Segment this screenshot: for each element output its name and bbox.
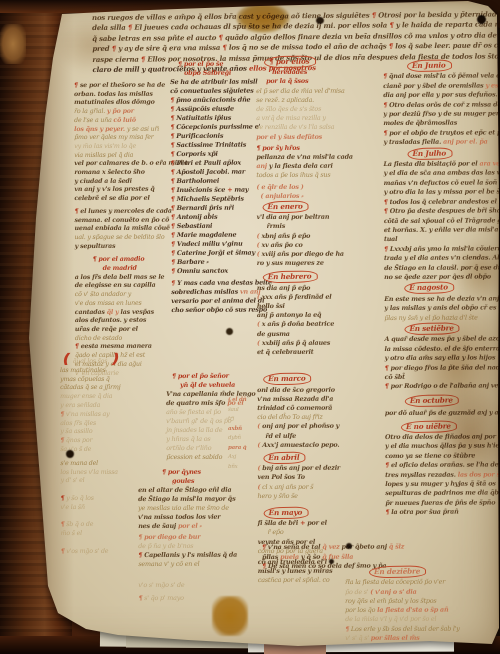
text-segment: s̃b q̃ o de — [64, 521, 93, 528]
text-segment: anj p̃ antonyo la eq̃ — [257, 311, 321, 319]
text-line: ¶ p̃mo anũciacionis dñe — [170, 95, 266, 105]
text-segment: xviij añs por diego de ha — [260, 250, 344, 258]
text-segment: m̃o s̃ el — [61, 529, 82, 536]
text-line: en el altar de S̃tiago eñl dia — [138, 486, 250, 495]
text-line: de elegisse en su capilla — [75, 282, 173, 291]
text-segment: y p̃o por — [107, 108, 134, 115]
text-segment: El jueues cada ochauas dl sp̃u s̃to se h… — [132, 21, 389, 32]
text-segment: Lxxxbj añs ymo la misl'la cõuiernal cõ — [388, 244, 500, 253]
text-segment: r̃rmis — [267, 222, 286, 230]
text-line: cõtã de sai xp̃oual cõ el Trãgrade g̃sta — [384, 216, 498, 226]
text-line: ¶ Marie magdalene — [171, 230, 267, 240]
text-segment: cõ s̃bt̃ — [385, 373, 405, 381]
text-segment: nos ruegos de villas e am̃po q̃ ellos br… — [92, 11, 372, 22]
text-line: sobredichas misllas vn anj — [171, 287, 267, 297]
text-line: ( xviij añs por diego de ha — [257, 250, 381, 260]
text-segment: En hebrero — [268, 272, 312, 282]
text-line: ( anjularios ⸗ — [256, 191, 380, 201]
text-line: ¶ Michaelis Septẽbris — [171, 194, 267, 204]
text-segment: cõ luiõ — [113, 117, 135, 124]
rubric-oval-frame: En octubre — [405, 394, 459, 407]
text-segment: Se ha de atribuir las misll — [170, 78, 257, 86]
text-segment: anj — [256, 162, 269, 170]
text-segment: may — [232, 186, 248, 194]
text-line: orban. todas las misllas — [74, 90, 172, 99]
text-segment: ns dia anj p̃ ep̃o — [257, 283, 310, 291]
text-segment: q̃ual los s̃os — [71, 358, 109, 365]
text-line: vn anj y v's los prestes q̃ — [74, 186, 172, 195]
text-segment: orban. todas las misllas — [74, 90, 153, 97]
text-segment: ro y sus mugeres ze — [257, 259, 324, 267]
text-line: heredades — [256, 68, 380, 78]
text-segment: jn jnsades la lla de — [166, 426, 222, 434]
text-segment: pred — [92, 44, 111, 53]
text-segment: v'e la s̃ñ — [61, 504, 85, 511]
text-segment: x añs p̃ doña beatrice — [260, 320, 334, 328]
text-line: ns dia anj p̃ ep̃o — [257, 283, 381, 293]
text-segment: y d' s' el — [60, 477, 84, 484]
text-line: cianẽ por y s̃bel de oremisllas y este — [383, 81, 497, 91]
text-line: dia anj por ella y por sus defuños. — [383, 91, 497, 101]
text-line: y otro dia la las y missa por el be s̃oñ… — [384, 188, 498, 198]
text-segment: Natiuitatis ip̃ius — [174, 114, 231, 122]
text-segment: año s̃e fiesta el p̃o — [166, 408, 221, 416]
rubric-oval-frame: ¶ por ellos — [264, 56, 316, 69]
text-line: p̃o de s' ( v'anj o s' dia — [345, 587, 497, 597]
text-segment: anj por el. p̃a — [443, 138, 487, 146]
text-segment: bnj añs anj por el dezir — [260, 464, 340, 472]
text-line: La fiesta dla bisitaçiõ por el ara vero … — [384, 159, 498, 169]
text-segment: y la fiesta dela cari — [269, 162, 333, 170]
text-line: ¶ el oficio delas orañas. se l'ha de d's… — [385, 461, 499, 471]
text-line: romana x s̃electo s̃ho — [74, 169, 172, 178]
text-segment: r̃la la fiesta dela cõcepciõ p̃o v'er — [345, 578, 445, 586]
text-segment: la otra por s̃ua p̃rañ — [389, 508, 458, 516]
text-segment: matutinales dlos dõmgo — [74, 99, 155, 106]
text-segment: eesta mesma manera — [79, 343, 152, 350]
rubric-heading: En hebrero — [257, 271, 381, 284]
text-segment: ( — [257, 250, 260, 258]
parchment-page: nos ruegos de villas e am̃po q̃ ellos br… — [0, 0, 500, 654]
text-segment: p̃r nueues fueras de p̃ñs de s̃pño — [385, 498, 495, 507]
text-segment: las vesp̃as — [121, 308, 154, 315]
text-segment: por el — [305, 519, 327, 527]
text-segment: p̃o de s' — [345, 588, 370, 596]
text-line: y por deziũ fr̃so y de su muger perles — [383, 109, 497, 119]
text-line: ¶ por el amadio — [75, 256, 173, 265]
text-segment: Ap̃ostoli Jacobi. mar — [174, 168, 245, 176]
text-segment: axbñ — [228, 426, 242, 432]
text-line: moles de q̃brãmosllas — [383, 119, 497, 129]
text-segment: Marie magdalene — [175, 231, 237, 239]
text-segment: y hñras q̃ la os — [166, 435, 210, 443]
text-segment: mañas v'n defuctos cõ euel la s̃oñ — [384, 178, 497, 187]
text-line: r̃ ep̃o — [258, 528, 382, 538]
text-line: y sepulturas — [75, 242, 173, 251]
text-segment: v'baurñ gl' de q̃ os p̃o — [166, 417, 231, 425]
text-segment: a los fr̃s dela bell mas se le — [75, 273, 165, 280]
text-segment: xxx añs p̃ ferdinãd el — [260, 293, 332, 301]
text-segment: y le haida de reparta cada mis̃e vnas hr… — [394, 19, 500, 29]
text-segment: de S̃tiago en la claus̃l. por q̃ ese dia… — [384, 263, 500, 272]
text-line: ¶ Corporis xp̃i — [170, 149, 266, 159]
text-segment: Otrosi por la besida y p̃ternidad dl cl'… — [376, 9, 500, 19]
text-segment: s̃a v'o s̃ de — [60, 446, 91, 453]
text-segment: xv añs p̃o co — [259, 241, 302, 249]
text-segment: de gusma — [257, 330, 290, 338]
text-line: cantadas q̃l y las vesp̃as — [75, 308, 173, 317]
text-segment: quãdo algũo dellos finare dezia vn beĩa … — [223, 30, 500, 42]
text-line: y trasladas fiella. anj por el. p̃a — [383, 138, 497, 148]
text-line: ¶ Natiuitatis ip̃ius — [170, 113, 266, 123]
text-segment: Antonij ab̃is — [175, 213, 218, 221]
text-segment: xxbiij añs p̃ q̃ alaues — [260, 339, 330, 347]
text-line: celebrẽ el se dia por el — [74, 195, 172, 204]
text-line: ¶ el lunes y mercoles de cada — [74, 208, 172, 217]
text-segment: semana. el conuẽto en p̃o cõ — [74, 216, 169, 223]
text-segment: ( — [257, 339, 260, 347]
text-line: r̃rmis — [257, 222, 381, 232]
text-segment: En enero — [267, 202, 302, 211]
text-segment: los q̃ sabe leer. paue dr̃ os cada vno — [393, 40, 500, 50]
text-line: por dõ aluar̃ p̃s de guzmãd axj y anj — [385, 409, 499, 419]
text-segment: tres mysllas rezadas. — [385, 470, 458, 478]
text-segment: Caterine Jorg̃i et s̃imay — [175, 249, 255, 257]
text-line: nes de s̃auj por el ⸗ — [138, 522, 250, 531]
text-segment: p̃mo ver q̃ales my misa fer — [74, 134, 153, 141]
text-segment: roy q̃ñs el em̃ p̃stol y los s̃tpos — [345, 597, 436, 605]
text-line: y el dia de sc̃a ana ambas das las vess — [384, 169, 498, 179]
text-line: ¶ por Rodrigo o de l'albaña anj vez — [385, 382, 499, 392]
text-line: v'e dos missa en lunes — [75, 300, 173, 309]
text-segment: ❫ — [109, 352, 120, 367]
text-segment: tual — [384, 235, 397, 243]
text-segment: ( — [257, 464, 260, 472]
text-segment: v'na seña de tal — [266, 543, 323, 551]
text-line: ro y sus mugeres ze — [257, 259, 381, 269]
text-segment: Axj — [228, 454, 236, 460]
text-line: ¶ la otra por s̃ua p̃rañ — [385, 508, 499, 518]
text-line: Se ha de atribuir las misll — [170, 77, 266, 87]
text-segment: en el altar de S̃tiago eñl dia — [138, 486, 231, 494]
text-segment: dela silla — [92, 23, 128, 32]
text-segment: de elegisse en su capilla — [75, 282, 156, 289]
text-line: ¶ Bartholomei — [171, 176, 267, 186]
text-line: cõ v' s̃to andador y — [75, 291, 173, 300]
text-segment: fi s̃lla de br̃i — [258, 519, 300, 527]
text-segment: ( — [257, 241, 260, 249]
text-segment: tr̃j — [228, 416, 234, 422]
text-segment: Vndeci miliu v'ginu — [175, 240, 243, 248]
text-line: se rezẽ. z aplicada. — [256, 95, 380, 105]
text-segment: Sactissime Trinitatis — [174, 141, 246, 149]
text-segment: r̃ ep̃o — [268, 528, 284, 536]
text-segment: alos fr̃s q̃les — [60, 419, 96, 426]
text-line: dicho de estado — [75, 334, 173, 343]
text-line: se renzilla de v's l'la salsa — [256, 123, 380, 133]
text-segment: v'na missa todos los vier — [138, 513, 220, 521]
text-segment: nes de s̃auj — [138, 522, 178, 530]
text-segment: cõ v' s̃to andador y — [75, 291, 131, 298]
text-line: ¶ Capellanis y l's misllas q̃ da — [138, 551, 250, 560]
text-line: ye mesllas uio alle me s̃mo de — [138, 504, 250, 513]
text-line: r̃la la fiesta dela cõcepciõ p̃o v'er — [345, 578, 497, 588]
text-segment: obp̃o Salbreg̃i — [184, 69, 231, 77]
text-segment: Omniu sanctox — [175, 267, 228, 275]
text-segment: y el dia de sc̃a ana ambas das las vess — [384, 169, 500, 178]
text-segment: heredades — [272, 68, 307, 76]
text-segment: cianẽ por y s̃bel de oremisllas — [383, 81, 485, 90]
text-segment: versario por el anima del di — [171, 297, 264, 305]
rubric-oval-frame: En Julho — [407, 147, 452, 160]
text-line: v'l dia anj por beltran — [257, 213, 381, 223]
text-segment: y las misllas y anis del obp̃o cr̃ es — [384, 304, 496, 313]
text-line: ¶ Ap̃ostoli Jacobi. mar — [171, 167, 267, 177]
manuscript-photo: nos ruegos de villas e am̃po q̃ ellos br… — [0, 0, 500, 654]
text-segment: y era señlada — [60, 402, 100, 409]
text-line: vel por calmares de b. o er̃a misl'a — [74, 160, 172, 169]
text-segment: los q̃ns y peyer. — [74, 125, 127, 132]
text-segment: Otro delas orõs de cor̃ z missa de añ — [387, 100, 500, 109]
text-line: versario por el anima del di — [171, 296, 267, 306]
text-segment: dia anj por ella y por sus defuños. — [383, 91, 497, 100]
text-segment: ( — [257, 293, 260, 301]
text-segment: et q̃ celebrauerit — [257, 348, 313, 356]
rubric-heading: En Julho — [383, 147, 497, 160]
text-segment: se renzilla de v's l'la salsa — [256, 123, 334, 131]
blank-space — [138, 569, 250, 581]
text-segment: Capellanis y l's misllas q̃ da — [142, 551, 237, 559]
text-segment: se por el thes̃oro se ha de — [78, 82, 165, 89]
text-segment: por la q̃ s̃sos — [266, 77, 308, 85]
text-segment: Corporis xp̃i — [174, 150, 217, 158]
text-segment: ara vero pau — [479, 159, 500, 167]
text-line: ¶ Vndeci miliu v'ginu — [171, 239, 267, 249]
text-segment: castñca por el sp̃ñal. co — [258, 576, 330, 584]
text-line: semana v' y cõ en el — [138, 560, 250, 569]
text-segment: q̃nal dose misl'la cõ p̃ẽmal vela anj — [387, 72, 500, 81]
text-segment: v'na misllas ay — [64, 411, 109, 418]
text-segment: ( — [257, 441, 260, 449]
text-line: ¶ por s̃y hr̃os — [256, 143, 380, 153]
text-segment: cõtã de sai xp̃oual cõ el Trãgrade g̃sta — [384, 216, 500, 225]
text-line: pellanza de v'na misl'la cada — [256, 153, 380, 163]
text-line: ( bnj añs anj por el dezir — [257, 464, 381, 474]
text-line: ¶ Omniu sanctox — [171, 266, 267, 276]
text-line: y las misllas y anis del obp̃o cr̃ es — [384, 304, 498, 314]
text-line: de la m̃isla v'l y q̃ v'd por s̃o el — [345, 615, 497, 625]
text-segment: ( — [257, 232, 260, 240]
rubric-oval-frame: E no uiẽbre — [401, 420, 457, 433]
text-segment: se rezẽ. z aplicada. — [256, 96, 314, 104]
text-segment: ¶ por el p̃o s̃e — [178, 60, 223, 68]
text-line: ❪ q̃ual los s̃os ❫ — [60, 356, 168, 367]
text-line: s̃a v'o s̃ de — [60, 446, 168, 455]
text-segment: q̃ vez — [322, 543, 341, 551]
text-segment: de S̃tiago la misl'la mayor q̃s — [138, 495, 235, 503]
text-segment: ( e q̃lr de los ) — [256, 182, 303, 190]
text-segment: los lunes v'la missa — [60, 468, 117, 475]
text-line: ¶ v'na misllas ay — [60, 410, 168, 419]
text-segment: romana x s̃electo s̃ho — [74, 169, 144, 176]
text-line: ¶ Assüpcõis eiusde — [170, 104, 266, 114]
text-segment: lopes y su muger y hyjas q̃ s̃tã os — [385, 479, 495, 488]
text-segment: ¶ por diego de bur — [138, 533, 200, 541]
text-segment: las dos por s̃uy — [458, 470, 500, 478]
text-segment: v'na missa Rezada dl'a — [257, 394, 333, 402]
text-segment: A quar̃ desde mes p̃a y s̃bel de azcueta — [384, 335, 500, 344]
text-line: y el dia muchos q̃llas p̃a y sus h'ie — [385, 442, 499, 452]
text-segment: En octubre — [410, 395, 453, 405]
text-segment: onj anj por el phoñso y — [260, 422, 339, 430]
text-line: de madrid — [75, 265, 173, 274]
text-line: ¶ todos los q̃ celebrar andestos el be — [384, 197, 498, 207]
text-segment: puela — [280, 552, 299, 560]
text-segment: y s̃a assillo — [60, 428, 92, 435]
text-segment: q̃ s̃lz — [389, 543, 404, 551]
text-segment: Bernardi p̃ris nr̃i — [175, 204, 234, 212]
text-segment: y ciudad a la s̃edi — [74, 178, 131, 185]
text-segment: trada y el dia antes v'n ciendas. Alcapa… — [384, 253, 500, 262]
text-line: por el y s̃us defũtos — [256, 132, 380, 142]
text-segment: de madrid — [103, 265, 137, 272]
text-segment: y s̃o q̃ los — [64, 495, 93, 502]
text-segment: muger ense q̃ dia — [60, 393, 112, 400]
text-segment: ( — [257, 422, 260, 430]
quynes-goules-section: ¶ por q̃ynesgoulesen el altar de S̃tiago… — [138, 468, 250, 603]
rubric-heading: En setiẽbre — [384, 322, 498, 335]
text-line: ¶ Purificacionis — [170, 131, 266, 141]
text-segment: hello s̃si — [257, 302, 285, 310]
text-line: p̃mo ver q̃ales my misa fer — [74, 134, 172, 143]
text-line: cio del dh̃o To auj fr̃iz — [257, 413, 381, 423]
text-segment: ( — [257, 320, 260, 328]
text-line: alos defuntos. y estos — [75, 317, 173, 326]
text-line: ven Pol s̃os To — [257, 473, 381, 483]
text-line: ¶ Inuẽcionis s̃ce + may — [171, 185, 267, 195]
text-segment: de la m̃isla v'l y q̃ v'd por s̃o el — [345, 615, 436, 623]
text-segment: Purificacionis — [174, 132, 223, 140]
text-segment: el oficio delas orañas. se l'ha de d'sta — [389, 461, 500, 470]
text-segment: p̃las ny s̃sñ y el p̃o hazia d'l s̃te — [384, 313, 477, 321]
text-line: y era señlada — [60, 402, 168, 411]
text-line: ( onj anj por el phoñso y — [257, 422, 381, 432]
text-line: ( x añs p̃ doña beatrice — [257, 320, 381, 330]
text-segment: alos defuntos. y estos — [75, 317, 146, 324]
text-line: de S̃tiago en la claus̃l. por q̃ ese dia… — [384, 263, 498, 273]
text-segment: Bartholomei — [174, 177, 219, 185]
text-line: yn̄ q̃l de vehuela — [166, 381, 266, 390]
text-segment: las matutinales — [60, 367, 106, 374]
text-segment: ¶ por s̃y hr̃os — [256, 144, 299, 152]
text-line: el p̃ ser dia de m̃ia vel d'misa — [256, 86, 380, 96]
text-line: obp̃o Salbreg̃i — [170, 68, 266, 78]
feast-list-column: ¶ por el p̃o s̃eobp̃o Salbreg̃iSe ha de … — [170, 59, 267, 314]
text-segment: s̃aul — [228, 407, 239, 413]
text-segment: q̃l y — [107, 308, 121, 315]
text-line: v'na missa Rezada dl'a — [257, 394, 381, 404]
text-segment: et horñas. X. y eñlla ver dia misl'a ro … — [384, 225, 500, 234]
text-segment: ¶ por el amadio — [93, 256, 145, 263]
text-segment: y el dia muchos q̃llas p̃a y sus h'ie — [385, 442, 499, 451]
text-segment: y ay de sire q̃ era vna missa — [116, 43, 223, 53]
text-segment: el lunes y mercoles de cada — [78, 208, 172, 215]
text-segment: En marco — [268, 374, 306, 384]
text-segment: por q̃beto anj — [342, 543, 389, 551]
text-segment: ur̃as de req̃e por el — [75, 326, 138, 333]
rubric-oval-frame: En setiẽbre — [404, 322, 460, 335]
text-line: de S̃tiago la misl'la mayor q̃s — [138, 495, 250, 504]
text-segment: Los erle y s̃b s̃os del s̃ual der s̃ab l… — [349, 624, 460, 632]
text-segment: En Junio — [412, 61, 446, 71]
text-segment: Otro p̃a deste despues de br̃i s̃ha de h… — [388, 206, 500, 215]
text-segment: los q̃ no se de missa todo el año de ach… — [227, 42, 389, 52]
text-segment: sobredichas misllas — [171, 288, 240, 296]
text-line: de gusma — [257, 329, 381, 339]
text-segment: v'os mg̃o s' de — [64, 548, 108, 555]
text-segment: sepulturas de padrinos me dia q̃ble — [385, 489, 500, 498]
text-segment: E no uiẽbre — [406, 421, 451, 431]
text-segment: y trasladas fiella. — [383, 138, 443, 146]
text-line: de p̃ ña y de b'nos — [138, 542, 250, 551]
text-line: ¶ Sactissime Trinitatis — [170, 140, 266, 150]
text-line: ual. y sp̃ague se de beldito s̃lo — [75, 234, 173, 243]
text-segment: goules — [172, 477, 194, 485]
text-segment: Petri et Pauli ap̃lox — [174, 159, 241, 167]
text-segment: q̃nos por — [64, 437, 92, 444]
text-line: vy m̃o las vis'm lo q̃e — [74, 143, 172, 152]
text-segment: como ya se tiene co s̃tũbre — [385, 451, 475, 459]
text-line: ¶ se por el thes̃oro se ha de — [74, 82, 172, 91]
text-line: de l'se a uña cõ luiõ — [74, 116, 172, 125]
text-segment: por dõ aluar̃ p̃s de guzmãd axj y anj — [385, 409, 500, 418]
text-segment: ymas cõpuelas q̃ — [60, 375, 110, 382]
text-segment: cho señor obp̃o cõ sus respõ — [171, 305, 267, 314]
text-line: ¶ Antonij ab̃is — [171, 212, 267, 222]
text-line: ¶ Otro delas orõs de cor̃ z missa de añ — [383, 100, 497, 110]
text-line: v' s' q̃ s' por s̃llas el m̃s — [345, 634, 497, 644]
text-segment: cl x anj añs por s̃ — [260, 482, 313, 490]
text-segment: vy m̃o las vis'm lo q̃e — [74, 143, 136, 150]
text-segment: p̃mo anũciacionis dñe — [174, 96, 250, 104]
text-segment: no se q̃ede azer por q̃es dl obp̃o — [384, 272, 491, 281]
text-segment: por el y s̃us defũtos — [256, 132, 322, 140]
text-segment: p̃cession et sabido — [166, 453, 222, 461]
text-segment: s' q̃o p' mayo — [142, 594, 184, 602]
text-segment: semana v' y cõ en el — [138, 560, 199, 568]
text-segment: por s̃llas el m̃s — [371, 634, 420, 642]
text-line: muger ense q̃ dia — [60, 393, 168, 402]
text-line: ¶ Lxxxbj añs ymo la misl'la cõuiernal cõ — [384, 244, 498, 254]
text-segment: cãtadas q̃ se a jfirmj — [60, 384, 120, 391]
text-line: ¶ eesta mesma manera — [75, 343, 173, 352]
rubric-heading: E no uiẽbre — [385, 420, 499, 433]
text-segment: y otro dia la las y missa por el be s̃oñ… — [384, 188, 500, 197]
text-segment: v'l dia anj por beltran — [257, 213, 330, 221]
text-segment: via misllas pel q̃ dia — [74, 151, 133, 158]
text-segment: En mayo — [269, 508, 303, 517]
rubric-oval-frame: En marco — [263, 373, 312, 386]
text-segment: todos los q̃ celebrar andestos el be — [388, 197, 500, 206]
text-segment: En deziẽbre — [374, 567, 420, 577]
text-line: onl dia de s̃co gregorio — [257, 385, 381, 395]
text-segment: ¶ por el p̃o s̃eñor — [172, 372, 229, 380]
text-line: et horñas. X. y eñlla ver dia misl'a ro … — [384, 225, 498, 235]
text-line: uenal enbiada la mislla cõuẽ — [75, 225, 173, 234]
text-segment: raspe cierna — [92, 54, 141, 63]
text-line: ur̃as de req̃e por el — [75, 326, 173, 335]
text-segment: a vn'q̃ de misa rezilla y — [256, 114, 326, 122]
